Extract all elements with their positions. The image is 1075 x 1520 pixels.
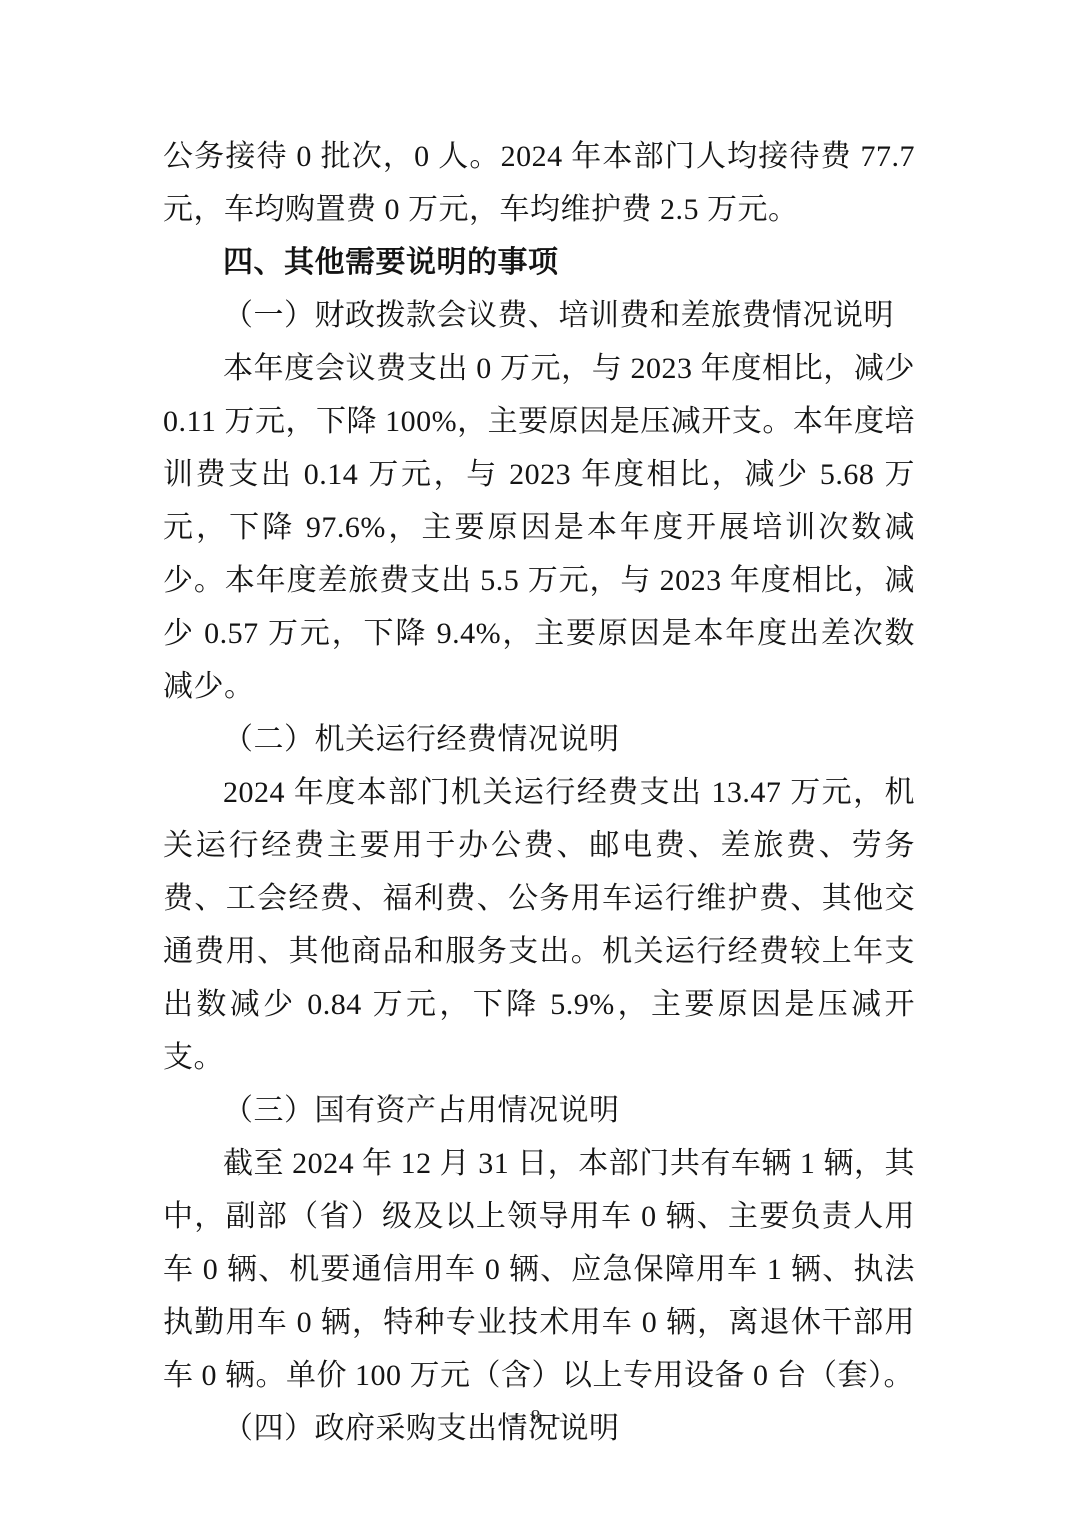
subsection-heading-operating-funds: （二）机关运行经费情况说明 — [163, 713, 915, 766]
subsection-heading-meeting-training-travel: （一）财政拨款会议费、培训费和差旅费情况说明 — [163, 289, 915, 342]
document-page: 公务接待 0 批次，0 人。2024 年本部门人均接待费 77.7 元，车均购置… — [0, 0, 1075, 1520]
page-number: - 8 - — [0, 1402, 1075, 1432]
paragraph-state-assets: 截至 2024 年 12 月 31 日，本部门共有车辆 1 辆，其中，副部（省）… — [163, 1137, 915, 1402]
paragraph-meeting-training-travel: 本年度会议费支出 0 万元，与 2023 年度相比，减少 0.11 万元，下降 … — [163, 342, 915, 713]
paragraph-operating-funds: 2024 年度本部门机关运行经费支出 13.47 万元，机关运行经费主要用于办公… — [163, 766, 915, 1084]
paragraph-reception-stats: 公务接待 0 批次，0 人。2024 年本部门人均接待费 77.7 元，车均购置… — [163, 130, 915, 236]
section-heading-other-matters: 四、其他需要说明的事项 — [163, 236, 915, 289]
subsection-heading-state-assets: （三）国有资产占用情况说明 — [163, 1084, 915, 1137]
document-body: 公务接待 0 批次，0 人。2024 年本部门人均接待费 77.7 元，车均购置… — [163, 130, 915, 1455]
